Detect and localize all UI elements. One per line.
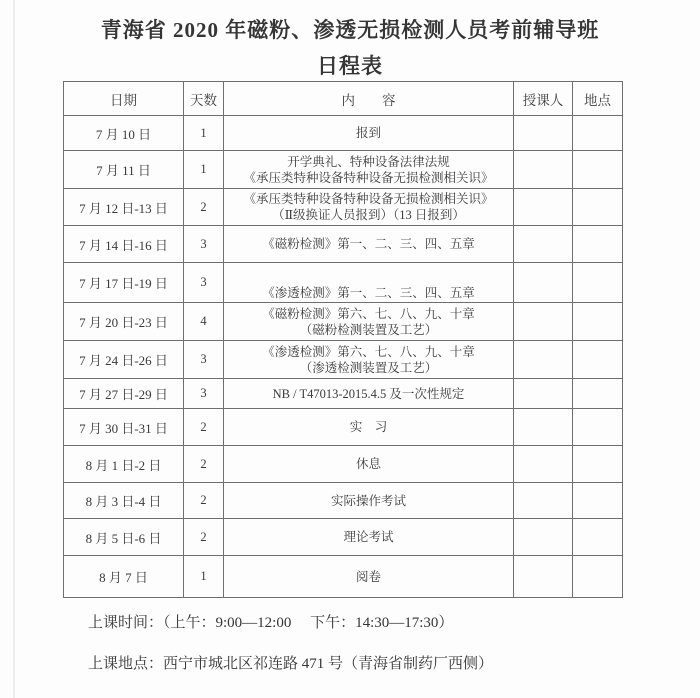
content-line: （磁粉检测装置及工艺） — [224, 322, 513, 338]
cell-days: 3 — [184, 263, 224, 303]
content-line: 《渗透检测》第六、七、八、九、十章 — [224, 344, 513, 360]
content-line: 《磁粉检测》第六、七、八、九、十章 — [224, 306, 513, 322]
cell-days: 1 — [184, 556, 224, 598]
header-date: 日期 — [64, 82, 184, 116]
header-days: 天数 — [184, 82, 224, 116]
header-row: 日期 天数 内 容 授课人 地点 — [64, 82, 623, 116]
schedule-table: 日期 天数 内 容 授课人 地点 7 月 10 日1报到7 月 11 日1开学典… — [63, 81, 623, 598]
cell-days: 1 — [184, 116, 224, 151]
cell-teacher — [514, 519, 573, 556]
cell-date: 7 月 20 日-23 日 — [64, 303, 184, 341]
cell-days: 1 — [184, 151, 224, 189]
cell-date: 8 月 5 日-6 日 — [64, 519, 184, 556]
content-line: 《承压类特种设备特种设备无损检测相关识》 — [224, 191, 513, 207]
cell-location — [573, 556, 623, 598]
content-line: 实际操作考试 — [224, 493, 513, 509]
content-line: （渗透检测装置及工艺） — [224, 360, 513, 376]
cell-location — [573, 226, 623, 263]
document-title-line2: 日程表 — [0, 50, 700, 80]
cell-date: 7 月 24 日-26 日 — [64, 341, 184, 379]
cell-days: 2 — [184, 446, 224, 483]
cell-location — [573, 189, 623, 226]
content-line: NB / T47013-2015.4.5 及一次性规定 — [224, 386, 513, 402]
cell-content: 《承压类特种设备特种设备无损检测相关识》（Ⅱ级换证人员报到）（13 日报到） — [224, 189, 514, 226]
cell-content: 报到 — [224, 116, 514, 151]
cell-location — [573, 483, 623, 519]
cell-days: 3 — [184, 341, 224, 379]
cell-content: 实 习 — [224, 409, 514, 446]
cell-location — [573, 341, 623, 379]
cell-date: 8 月 3 日-4 日 — [64, 483, 184, 519]
table-row: 8 月 5 日-6 日2理论考试 — [64, 519, 623, 556]
cell-date: 7 月 11 日 — [64, 151, 184, 189]
cell-days: 3 — [184, 379, 224, 409]
content-line: 休息 — [224, 456, 513, 472]
cell-teacher — [514, 226, 573, 263]
cell-content: 阅卷 — [224, 556, 514, 598]
content-line: 开学典礼、特种设备法律法规 — [224, 154, 513, 170]
header-location: 地点 — [573, 82, 623, 116]
cell-days: 4 — [184, 303, 224, 341]
content-line: 理论考试 — [224, 529, 513, 545]
schedule-table-body: 7 月 10 日1报到7 月 11 日1开学典礼、特种设备法律法规《承压类特种设… — [64, 116, 623, 598]
cell-teacher — [514, 303, 573, 341]
scanned-schedule-document: 青海省 2020 年磁粉、渗透无损检测人员考前辅导班 日程表 日期 天数 内 容… — [0, 0, 700, 698]
document-title-line1: 青海省 2020 年磁粉、渗透无损检测人员考前辅导班 — [0, 14, 700, 44]
cell-days: 2 — [184, 189, 224, 226]
cell-content: 理论考试 — [224, 519, 514, 556]
cell-days: 2 — [184, 483, 224, 519]
cell-content: 实际操作考试 — [224, 483, 514, 519]
cell-teacher — [514, 446, 573, 483]
class-time-note: 上课时间：（上午：9:00—12:00 下午：14:30—17:30） — [88, 611, 453, 632]
table-row: 7 月 11 日1开学典礼、特种设备法律法规《承压类特种设备特种设备无损检测相关… — [64, 151, 623, 189]
cell-teacher — [514, 151, 573, 189]
content-line: 报到 — [224, 125, 513, 141]
cell-teacher — [514, 341, 573, 379]
cell-content: 《渗透检测》第六、七、八、九、十章（渗透检测装置及工艺） — [224, 341, 514, 379]
cell-teacher — [514, 263, 573, 303]
cell-location — [573, 409, 623, 446]
table-row: 7 月 10 日1报到 — [64, 116, 623, 151]
table-row: 7 月 30 日-31 日2实 习 — [64, 409, 623, 446]
cell-location — [573, 379, 623, 409]
content-line: 实 习 — [224, 419, 513, 435]
cell-location — [573, 151, 623, 189]
cell-teacher — [514, 116, 573, 151]
cell-content: 休息 — [224, 446, 514, 483]
cell-content: 开学典礼、特种设备法律法规《承压类特种设备特种设备无损检测相关识》 — [224, 151, 514, 189]
header-content: 内 容 — [224, 82, 514, 116]
cell-date: 7 月 12 日-13 日 — [64, 189, 184, 226]
cell-date: 7 月 17 日-19 日 — [64, 263, 184, 303]
cell-location — [573, 446, 623, 483]
class-location-note: 上课地点：西宁市城北区祁连路 471 号（青海省制药厂西侧） — [88, 652, 493, 673]
cell-teacher — [514, 379, 573, 409]
table-row: 8 月 3 日-4 日2实际操作考试 — [64, 483, 623, 519]
cell-content: 《磁粉检测》第六、七、八、九、十章（磁粉检测装置及工艺） — [224, 303, 514, 341]
cell-location — [573, 116, 623, 151]
cell-date: 7 月 27 日-29 日 — [64, 379, 184, 409]
cell-content: 《磁粉检测》第一、二、三、四、五章 — [224, 226, 514, 263]
cell-days: 3 — [184, 226, 224, 263]
cell-teacher — [514, 556, 573, 598]
table-row: 8 月 7 日1阅卷 — [64, 556, 623, 598]
cell-date: 8 月 7 日 — [64, 556, 184, 598]
cell-teacher — [514, 483, 573, 519]
table-row: 7 月 24 日-26 日3《渗透检测》第六、七、八、九、十章（渗透检测装置及工… — [64, 341, 623, 379]
cell-date: 7 月 14 日-16 日 — [64, 226, 184, 263]
cell-location — [573, 303, 623, 341]
cell-teacher — [514, 409, 573, 446]
content-line: 《磁粉检测》第一、二、三、四、五章 — [224, 236, 513, 252]
cell-location — [573, 519, 623, 556]
content-line: 《渗透检测》第一、二、三、四、五章 — [224, 285, 513, 301]
content-line: 阅卷 — [224, 569, 513, 585]
content-line: （Ⅱ级换证人员报到）（13 日报到） — [224, 207, 513, 223]
table-row: 7 月 20 日-23 日4《磁粉检测》第六、七、八、九、十章（磁粉检测装置及工… — [64, 303, 623, 341]
cell-date: 7 月 30 日-31 日 — [64, 409, 184, 446]
document-title: 青海省 2020 年磁粉、渗透无损检测人员考前辅导班 日程表 — [0, 14, 700, 80]
table-row: 7 月 17 日-19 日3《渗透检测》第一、二、三、四、五章 — [64, 263, 623, 303]
table-row: 7 月 12 日-13 日2《承压类特种设备特种设备无损检测相关识》（Ⅱ级换证人… — [64, 189, 623, 226]
table-row: 7 月 14 日-16 日3《磁粉检测》第一、二、三、四、五章 — [64, 226, 623, 263]
scan-artifact-line — [13, 0, 15, 698]
cell-teacher — [514, 189, 573, 226]
table-row: 8 月 1 日-2 日2休息 — [64, 446, 623, 483]
cell-content: 《渗透检测》第一、二、三、四、五章 — [224, 263, 514, 303]
content-line: 《承压类特种设备特种设备无损检测相关识》 — [224, 170, 513, 186]
cell-days: 2 — [184, 409, 224, 446]
table-row: 7 月 27 日-29 日3NB / T47013-2015.4.5 及一次性规… — [64, 379, 623, 409]
cell-date: 7 月 10 日 — [64, 116, 184, 151]
cell-date: 8 月 1 日-2 日 — [64, 446, 184, 483]
cell-location — [573, 263, 623, 303]
cell-content: NB / T47013-2015.4.5 及一次性规定 — [224, 379, 514, 409]
header-teacher: 授课人 — [514, 82, 573, 116]
cell-days: 2 — [184, 519, 224, 556]
